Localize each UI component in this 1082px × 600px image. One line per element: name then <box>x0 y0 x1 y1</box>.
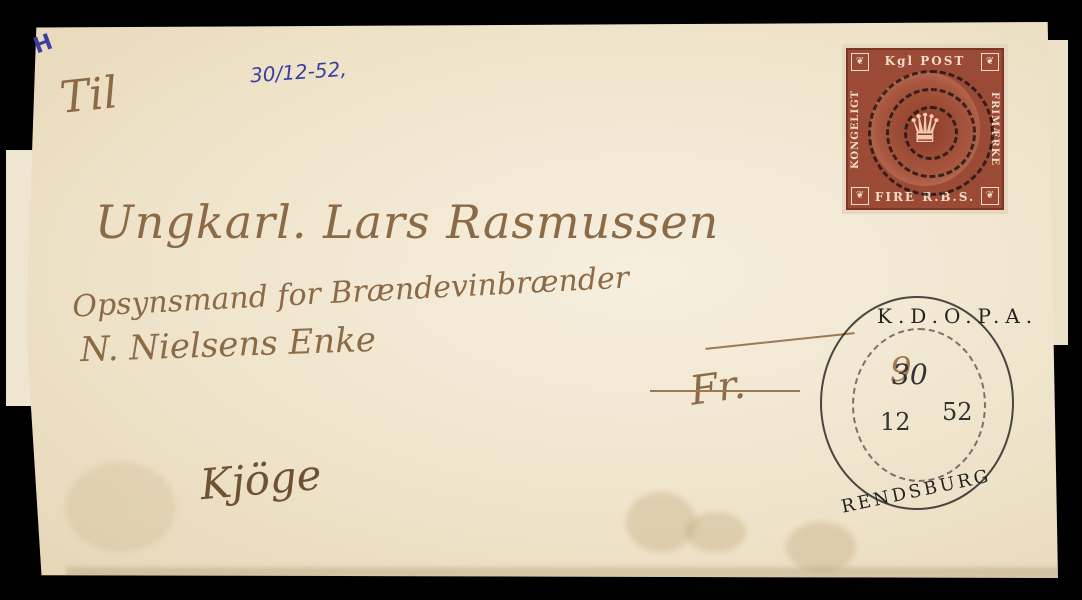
stamp-corner-ornament: ❦ <box>981 53 999 71</box>
postmark-year: 52 <box>942 398 973 426</box>
stamp-top-text: Kgl POST <box>870 54 980 68</box>
stamp-corner-ornament: ❦ <box>851 53 869 71</box>
fold-line <box>66 567 1066 579</box>
water-stain <box>66 462 176 552</box>
postage-stamp: ❦ ❦ ❦ ❦ Kgl POST KONGELIGT FRIMÆRKE FIRE… <box>842 44 1008 214</box>
postmark: K.D.O.P.A. 9 30 12 52 RENDSBURG <box>820 296 1014 510</box>
strike-line <box>650 390 800 392</box>
handwriting-salutation: Til <box>57 67 120 124</box>
water-stain <box>786 522 856 572</box>
handwriting-recipient-name: Ungkarl. Lars Rasmussen <box>95 195 719 249</box>
numeral-cancel-ring <box>904 106 958 160</box>
stamp-corner-ornament: ❦ <box>851 187 869 205</box>
handwriting-crossed-note: Fr. <box>687 361 748 414</box>
postmark-top-text: K.D.O.P.A. <box>877 304 1038 328</box>
cover-photo: H 30/12-52, Til Ungkarl. Lars Rasmussen … <box>0 0 1082 600</box>
stamp-corner-ornament: ❦ <box>981 187 999 205</box>
stamp-left-text: KONGELIGT <box>850 72 868 186</box>
water-stain <box>626 492 696 552</box>
water-stain <box>686 512 746 552</box>
postmark-day: 30 <box>892 358 928 391</box>
stamp-top-label: POST <box>920 54 965 68</box>
postmark-month: 12 <box>880 408 911 436</box>
stamp-top-prefix: Kgl <box>885 54 914 68</box>
